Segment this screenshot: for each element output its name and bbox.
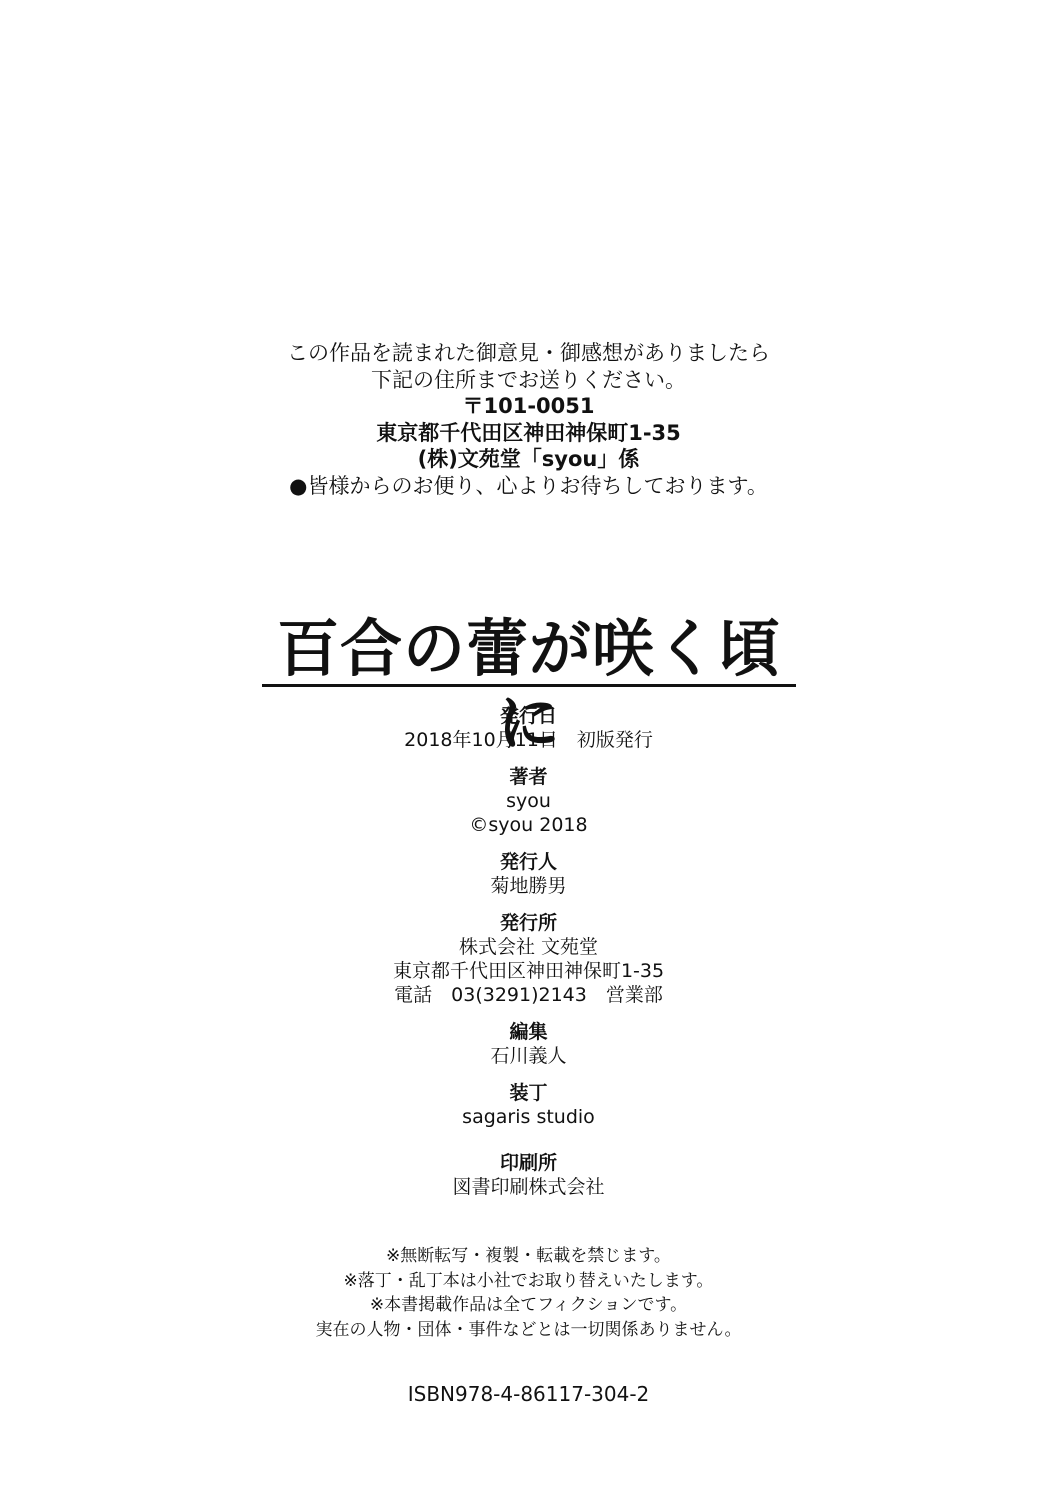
isbn: ISBN978-4-86117-304-2 (0, 1381, 1057, 1407)
title-divider (262, 684, 796, 687)
reader-message: この作品を読まれた御意見・御感想がありましたら 下記の住所までお送りください。 … (0, 340, 1057, 499)
section-label: 著者 (0, 765, 1057, 789)
postal-code: 〒101-0051 (0, 393, 1057, 420)
colophon-editor: 編集 石川義人 (0, 1020, 1057, 1068)
section-label: 装丁 (0, 1081, 1057, 1105)
section-value: 株式会社 文苑堂 (0, 935, 1057, 959)
section-value: 石川義人 (0, 1044, 1057, 1068)
section-value: sagaris studio (0, 1105, 1057, 1129)
section-value: 菊地勝男 (0, 874, 1057, 898)
section-value: 図書印刷株式会社 (0, 1175, 1057, 1199)
message-line: 下記の住所までお送りください。 (0, 367, 1057, 394)
section-label: 編集 (0, 1020, 1057, 1044)
closing-message: ●皆様からのお便り、心よりお待ちしております。 (0, 473, 1057, 500)
section-value: 東京都千代田区神田神保町1-35 (0, 959, 1057, 983)
colophon-publisher-person: 発行人 菊地勝男 (0, 850, 1057, 898)
notices: ※無断転写・複製・転載を禁じます。 ※落丁・乱丁本は小社でお取り替えいたします。… (0, 1244, 1057, 1342)
notice-line: ※落丁・乱丁本は小社でお取り替えいたします。 (0, 1269, 1057, 1294)
address: 東京都千代田区神田神保町1-35 (0, 420, 1057, 447)
notice-line: ※無断転写・複製・転載を禁じます。 (0, 1244, 1057, 1269)
colophon-printer: 印刷所 図書印刷株式会社 (0, 1151, 1057, 1199)
section-value: 電話 03(3291)2143 営業部 (0, 983, 1057, 1007)
section-label: 発行日 (0, 704, 1057, 728)
colophon-design: 装丁 sagaris studio (0, 1081, 1057, 1129)
colophon-publish-date: 発行日 2018年10月11日 初版発行 (0, 704, 1057, 752)
notice-line: 実在の人物・団体・事件などとは一切関係ありません。 (0, 1318, 1057, 1343)
colophon: 発行日 2018年10月11日 初版発行 著者 syou ©syou 2018 … (0, 704, 1057, 1212)
notice-line: ※本書掲載作品は全てフィクションです。 (0, 1293, 1057, 1318)
colophon-publisher: 発行所 株式会社 文苑堂 東京都千代田区神田神保町1-35 電話 03(3291… (0, 911, 1057, 1007)
section-label: 発行所 (0, 911, 1057, 935)
recipient: (株)文苑堂「syou」係 (0, 446, 1057, 473)
colophon-author: 著者 syou ©syou 2018 (0, 765, 1057, 837)
section-value: syou (0, 789, 1057, 813)
message-line: この作品を読まれた御意見・御感想がありましたら (0, 340, 1057, 367)
section-label: 印刷所 (0, 1151, 1057, 1175)
section-label: 発行人 (0, 850, 1057, 874)
section-value: 2018年10月11日 初版発行 (0, 728, 1057, 752)
section-value: ©syou 2018 (0, 813, 1057, 837)
